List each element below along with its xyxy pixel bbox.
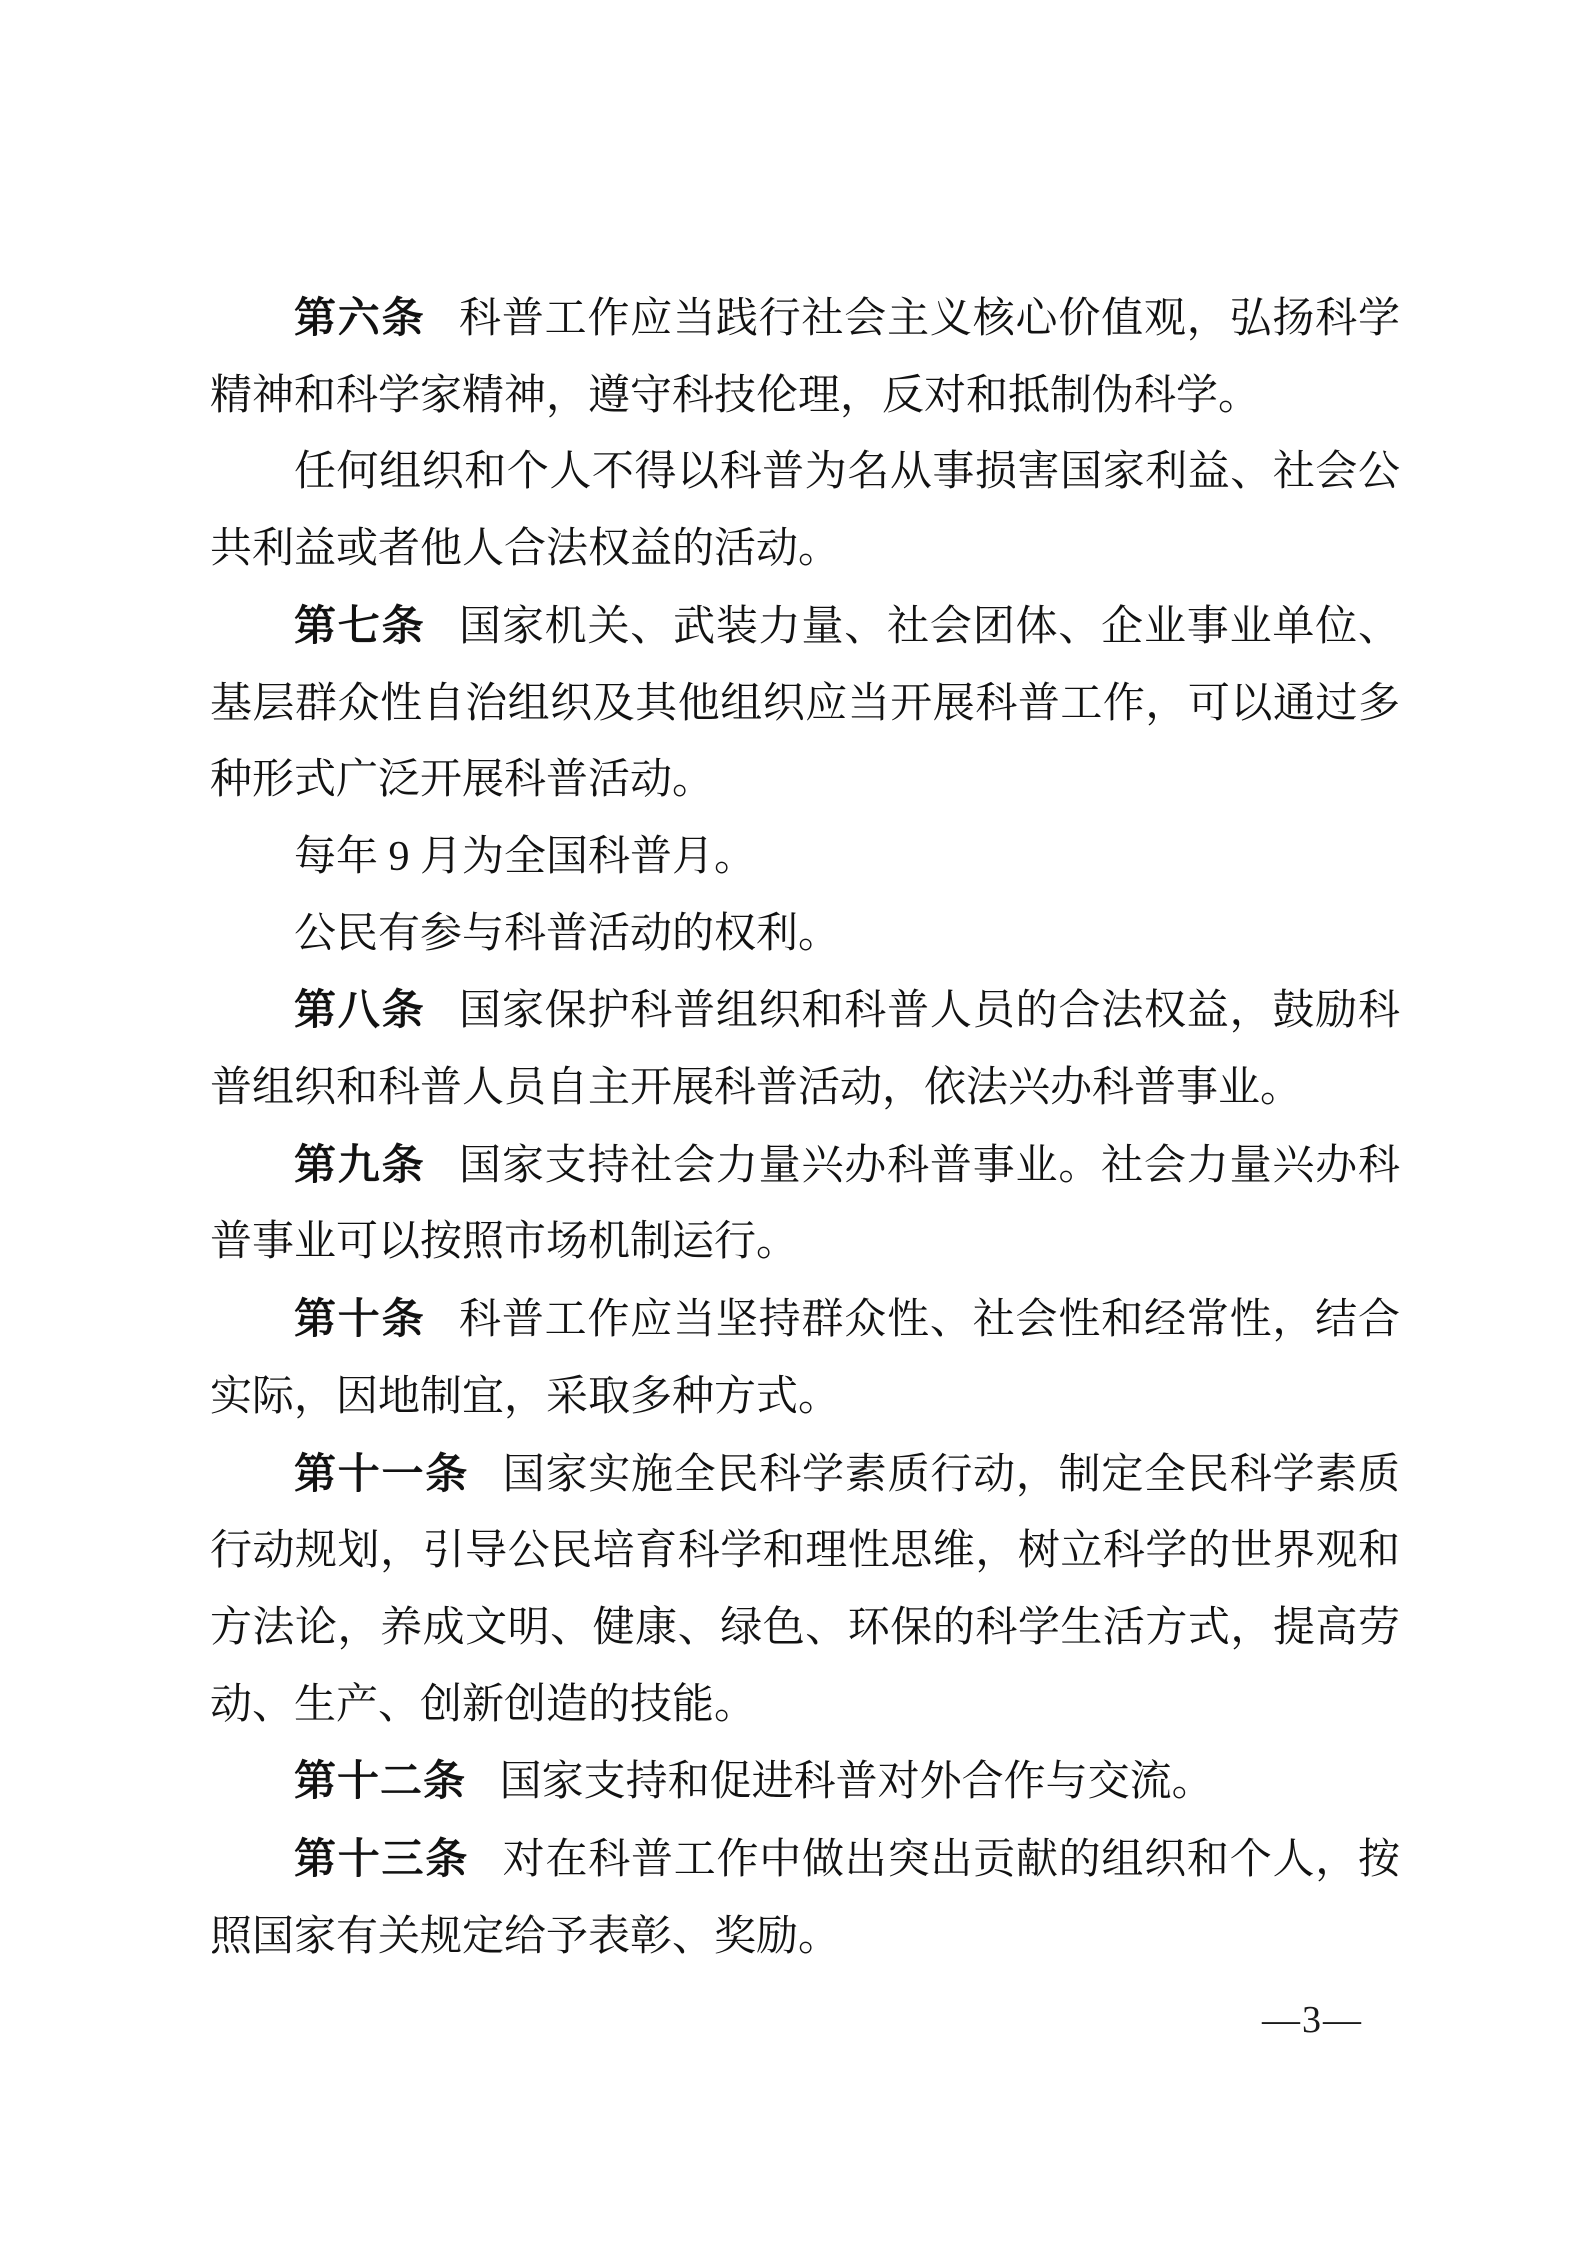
- paragraph: 第十条科普工作应当坚持群众性、社会性和经常性，结合实际，因地制宜，采取多种方式。: [210, 1281, 1400, 1435]
- article-number: 第十一条: [294, 1449, 469, 1498]
- paragraph-text: 公民有参与科普活动的权利。: [294, 911, 840, 957]
- article-number: 第九条: [294, 1140, 425, 1189]
- article-number: 第六条: [294, 293, 425, 342]
- article-number: 第十三条: [294, 1834, 469, 1883]
- document-body: 第六条科普工作应当践行社会主义核心价值观，弘扬科学精神和科学家精神，遵守科技伦理…: [210, 280, 1400, 1975]
- paragraph: 第八条国家保护科普组织和科普人员的合法权益，鼓励科普组织和科普人员自主开展科普活…: [210, 972, 1400, 1126]
- article-number: 第八条: [294, 985, 425, 1034]
- paragraph: 第六条科普工作应当践行社会主义核心价值观，弘扬科学精神和科学家精神，遵守科技伦理…: [210, 280, 1400, 434]
- article-number: 第十条: [294, 1294, 425, 1343]
- paragraph: 第十二条国家支持和促进科普对外合作与交流。: [210, 1743, 1400, 1821]
- paragraph: 任何组织和个人不得以科普为名从事损害国家利益、社会公共利益或者他人合法权益的活动…: [210, 434, 1400, 587]
- paragraph-text: 国家支持和促进科普对外合作与交流。: [500, 1759, 1214, 1805]
- paragraph-text: 任何组织和个人不得以科普为名从事损害国家利益、社会公共利益或者他人合法权益的活动…: [210, 449, 1400, 572]
- paragraph-text: 每年 9 月为全国科普月。: [294, 834, 756, 880]
- page-number: —3—: [1262, 2000, 1363, 2042]
- paragraph: 第十三条对在科普工作中做出突出贡献的组织和个人，按照国家有关规定给予表彰、奖励。: [210, 1821, 1400, 1975]
- paragraph: 公民有参与科普活动的权利。: [210, 896, 1400, 973]
- paragraph: 第九条国家支持社会力量兴办科普事业。社会力量兴办科普事业可以按照市场机制运行。: [210, 1127, 1400, 1281]
- article-number: 第十二条: [294, 1756, 466, 1805]
- paragraph: 每年 9 月为全国科普月。: [210, 819, 1400, 896]
- paragraph: 第七条国家机关、武装力量、社会团体、企业事业单位、基层群众性自治组织及其他组织应…: [210, 588, 1400, 819]
- paragraph: 第十一条国家实施全民科学素质行动，制定全民科学素质行动规划，引导公民培育科学和理…: [210, 1436, 1400, 1744]
- article-number: 第七条: [294, 601, 425, 650]
- document-page: 第六条科普工作应当践行社会主义核心价值观，弘扬科学精神和科学家精神，遵守科技伦理…: [0, 0, 1587, 2245]
